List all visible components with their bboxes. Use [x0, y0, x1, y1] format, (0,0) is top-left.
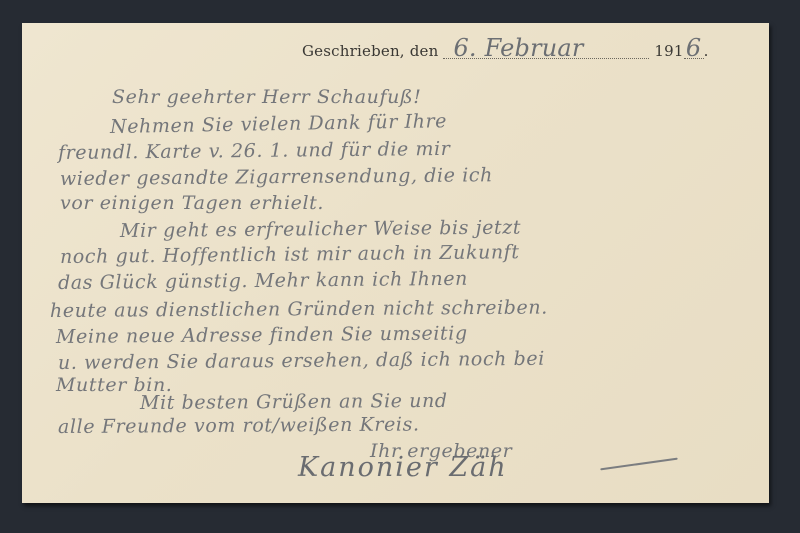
body-line: Mir geht es erfreulicher Weise bis jetzt	[120, 217, 521, 242]
body-line: wieder gesandte Zigarrensendung, die ich	[60, 164, 493, 190]
handwritten-date: 6. Februar	[443, 38, 649, 59]
body-line: das Glück günstig. Mehr kann ich Ihnen	[58, 268, 468, 294]
signature: Kanonier Zäh	[298, 452, 508, 483]
body-line: Meine neue Adresse finden Sie umseitig	[56, 322, 468, 348]
printed-year-prefix: 191	[654, 42, 683, 60]
body-line: u. werden Sie daraus ersehen, daß ich no…	[58, 348, 545, 374]
printed-label: Geschrieben, den	[302, 42, 438, 60]
body-line: Mit besten Grüßen an Sie und	[140, 390, 448, 414]
body-line: heute aus dienstlichen Gründen nicht sch…	[50, 297, 548, 322]
printed-period: .	[704, 42, 709, 60]
salutation-line: Sehr geehrter Herr Schaufuß!	[112, 86, 421, 108]
printed-date-header: Geschrieben, den 6. Februar 1916.	[302, 38, 709, 60]
body-line: alle Freunde vom rot/weißen Kreis.	[58, 413, 420, 438]
body-line: vor einigen Tagen erhielt.	[60, 192, 324, 214]
body-line: freundl. Karte v. 26. 1. und für die mir	[58, 138, 451, 164]
handwritten-year-digit: 6	[684, 38, 704, 59]
